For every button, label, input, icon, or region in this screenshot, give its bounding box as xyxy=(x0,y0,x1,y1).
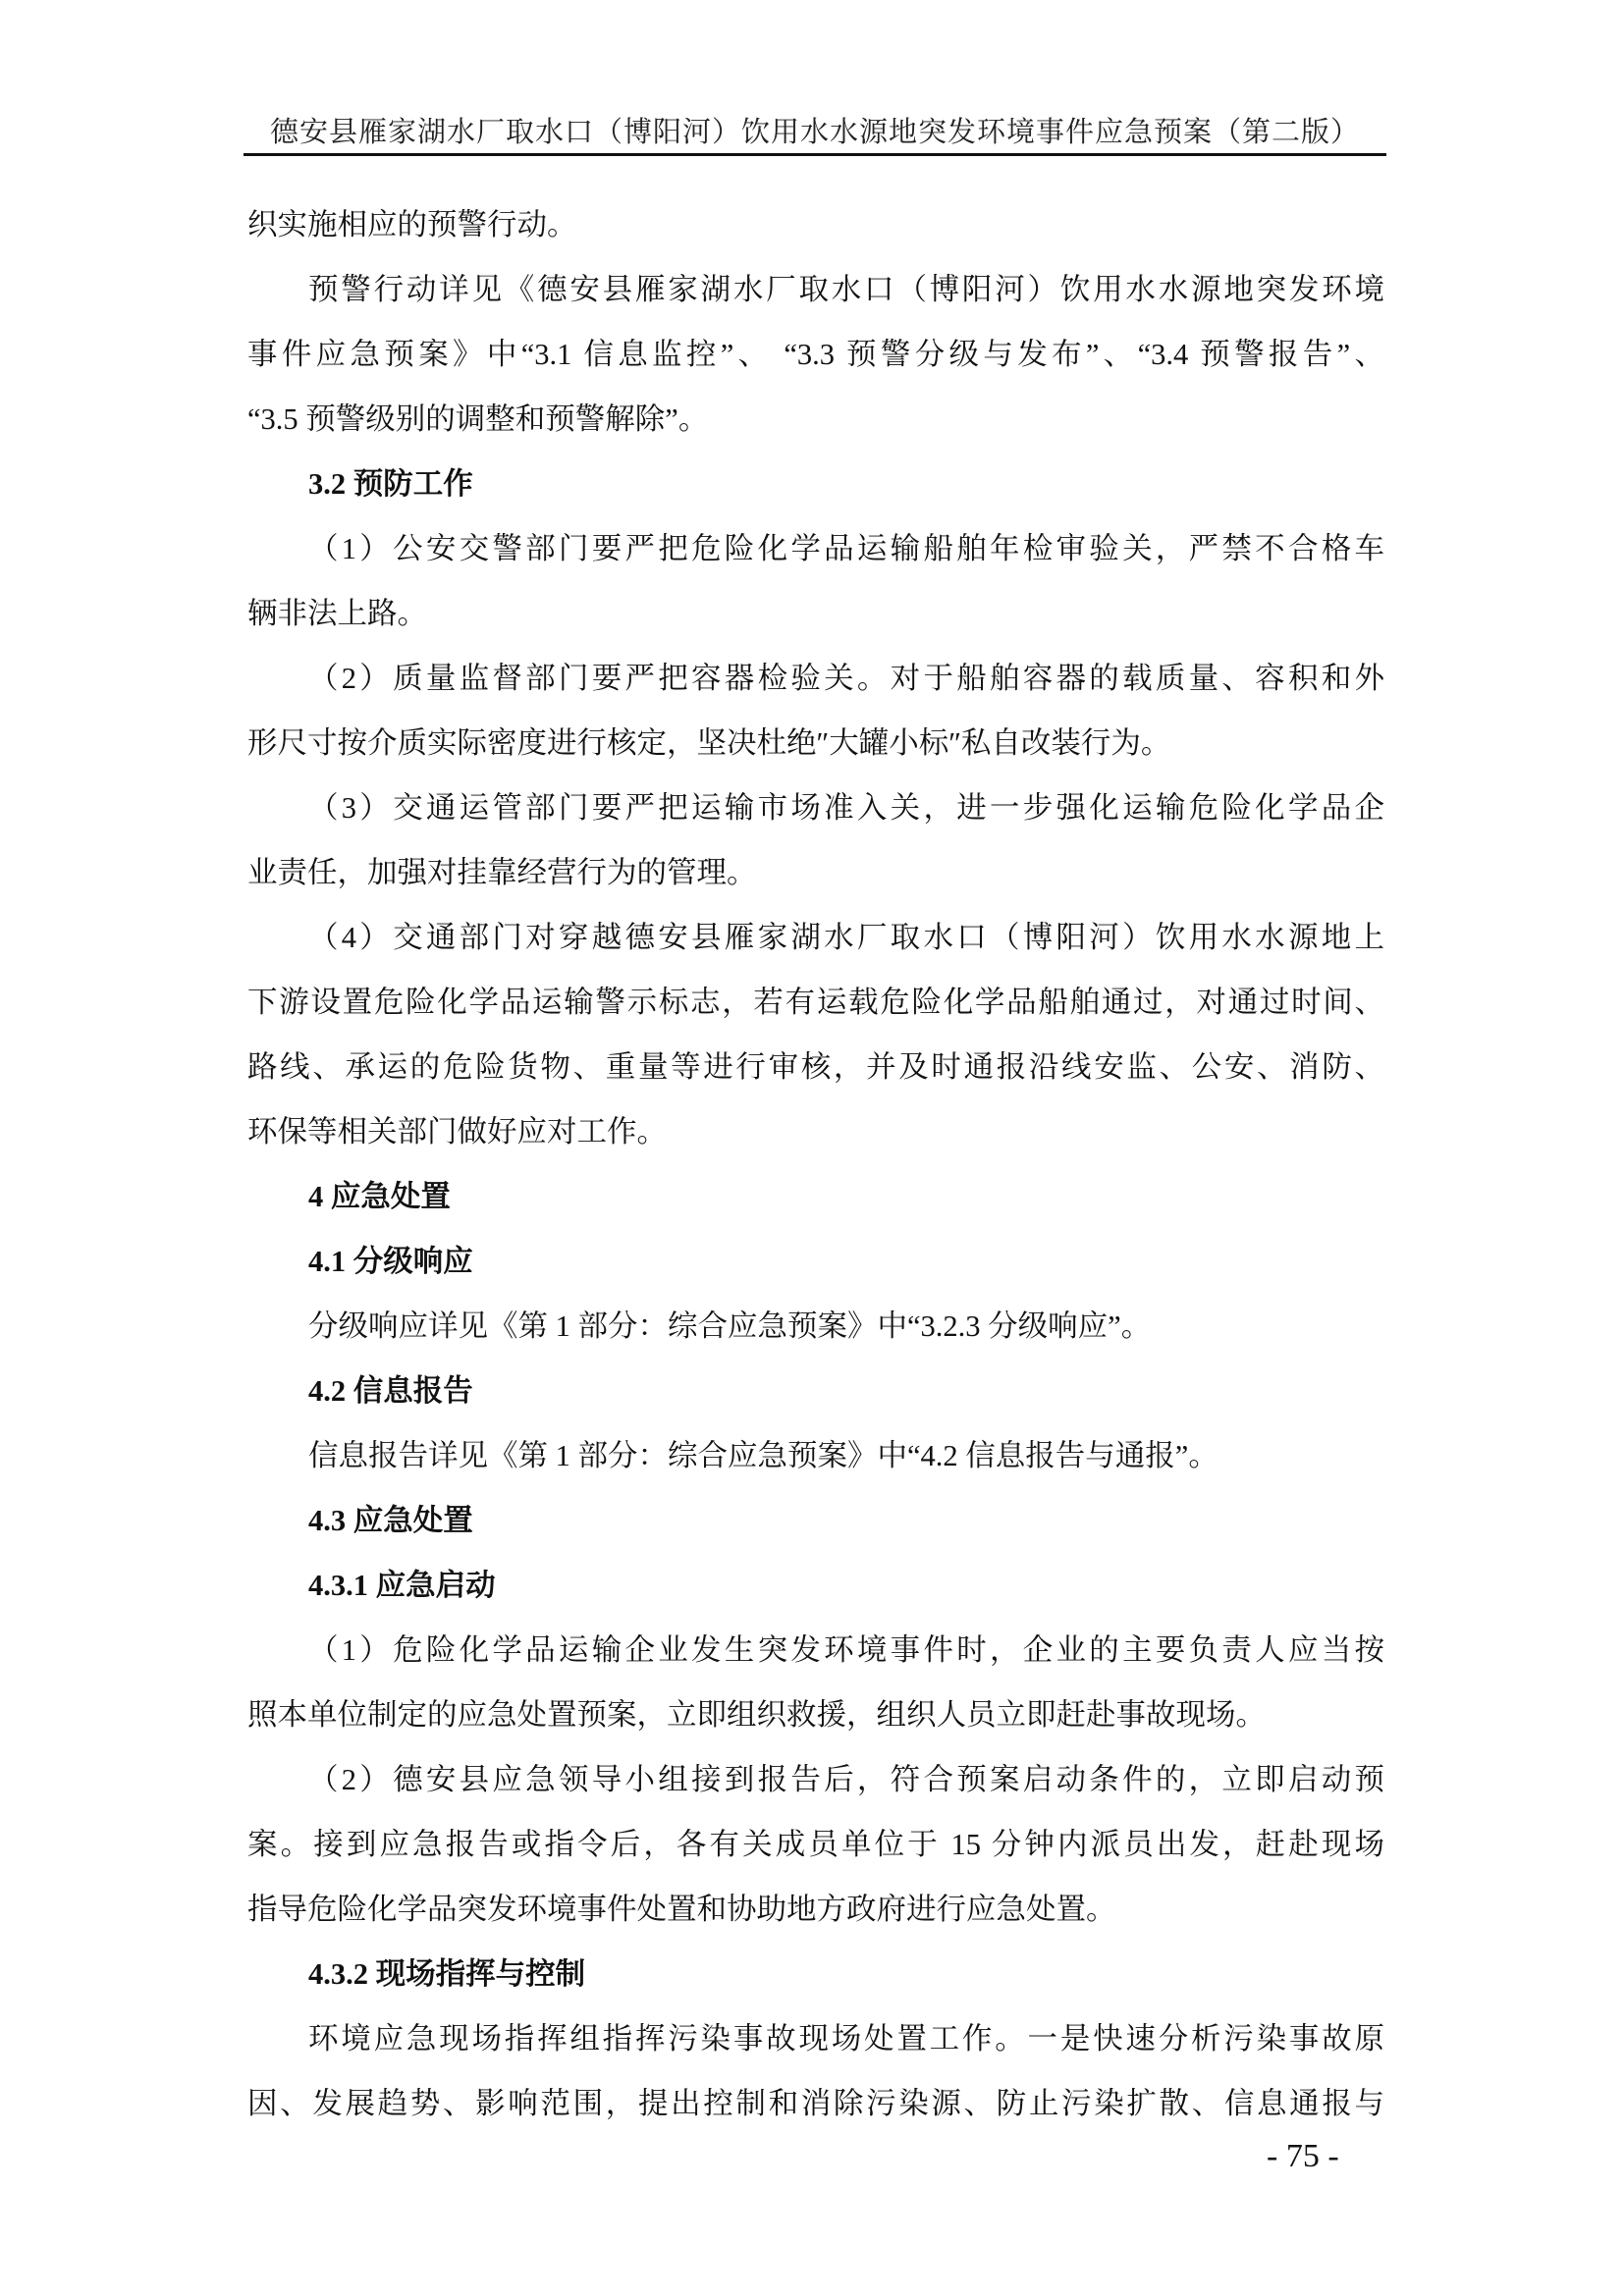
paragraph-line: 照本单位制定的应急处置预案，立即组织救援，组织人员立即赶赴事故现场。 xyxy=(247,1682,1384,1747)
paragraph-line: 下游设置危险化学品运输警示标志，若有运载危险化学品船舶通过，对通过时间、 xyxy=(247,970,1384,1035)
paragraph-line: 事件应急预案》中“3.1 信息监控”、 “3.3 预警分级与发布”、“3.4 预… xyxy=(247,322,1384,387)
section-heading: 3.2 预防工作 xyxy=(247,452,1384,516)
paragraph-line: 预警行动详见《德安县雁家湖水厂取水口（博阳河）饮用水水源地突发环境 xyxy=(247,257,1384,322)
document-body: 织实施相应的预警行动。预警行动详见《德安县雁家湖水厂取水口（博阳河）饮用水水源地… xyxy=(247,192,1384,2136)
paragraph-line: 路线、承运的危险货物、重量等进行审核，并及时通报沿线安监、公安、消防、 xyxy=(247,1035,1384,1099)
paragraph-line: （2）德安县应急领导小组接到报告后，符合预案启动条件的，立即启动预 xyxy=(247,1747,1384,1812)
paragraph-line: 因、发展趋势、影响范围，提出控制和消除污染源、防止污染扩散、信息通报与 xyxy=(247,2071,1384,2136)
section-heading: 4.1 分级响应 xyxy=(247,1229,1384,1294)
header-rule xyxy=(244,153,1386,156)
paragraph-line: 环境应急现场指挥组指挥污染事故现场处置工作。一是快速分析污染事故原 xyxy=(247,2006,1384,2071)
paragraph-line: 分级响应详见《第 1 部分：综合应急预案》中“3.2.3 分级响应”。 xyxy=(247,1294,1384,1359)
running-header: 德安县雁家湖水厂取水口（博阳河）饮用水水源地突发环境事件应急预案（第二版） xyxy=(244,110,1386,150)
paragraph-line: 形尺寸按介质实际密度进行核定，坚决杜绝″大罐小标″私自改装行为。 xyxy=(247,711,1384,775)
section-heading: 4.3 应急处置 xyxy=(247,1488,1384,1553)
paragraph-line: （4）交通部门对穿越德安县雁家湖水厂取水口（博阳河）饮用水水源地上 xyxy=(247,905,1384,970)
paragraph-line: 环保等相关部门做好应对工作。 xyxy=(247,1099,1384,1164)
paragraph-line: （1）危险化学品运输企业发生突发环境事件时，企业的主要负责人应当按 xyxy=(247,1618,1384,1682)
page-number: - 75 - xyxy=(1267,2138,1339,2175)
paragraph-line: 织实施相应的预警行动。 xyxy=(247,192,1384,257)
paragraph-line: （1）公安交警部门要严把危险化学品运输船舶年检审验关，严禁不合格车 xyxy=(247,516,1384,581)
paragraph-line: 指导危险化学品突发环境事件处置和协助地方政府进行应急处置。 xyxy=(247,1877,1384,1942)
paragraph-line: 辆非法上路。 xyxy=(247,581,1384,646)
paragraph-line: 案。接到应急报告或指令后，各有关成员单位于 15 分钟内派员出发，赶赴现场 xyxy=(247,1812,1384,1877)
paragraph-line: 业责任，加强对挂靠经营行为的管理。 xyxy=(247,840,1384,905)
section-heading: 4 应急处置 xyxy=(247,1164,1384,1229)
paragraph-line: （3）交通运管部门要严把运输市场准入关，进一步强化运输危险化学品企 xyxy=(247,775,1384,840)
section-heading: 4.3.1 应急启动 xyxy=(247,1553,1384,1618)
paragraph-line: “3.5 预警级别的调整和预警解除”。 xyxy=(247,387,1384,452)
section-heading: 4.3.2 现场指挥与控制 xyxy=(247,1942,1384,2006)
section-heading: 4.2 信息报告 xyxy=(247,1359,1384,1423)
paragraph-line: （2）质量监督部门要严把容器检验关。对于船舶容器的载质量、容积和外 xyxy=(247,646,1384,711)
paragraph-line: 信息报告详见《第 1 部分：综合应急预案》中“4.2 信息报告与通报”。 xyxy=(247,1423,1384,1488)
